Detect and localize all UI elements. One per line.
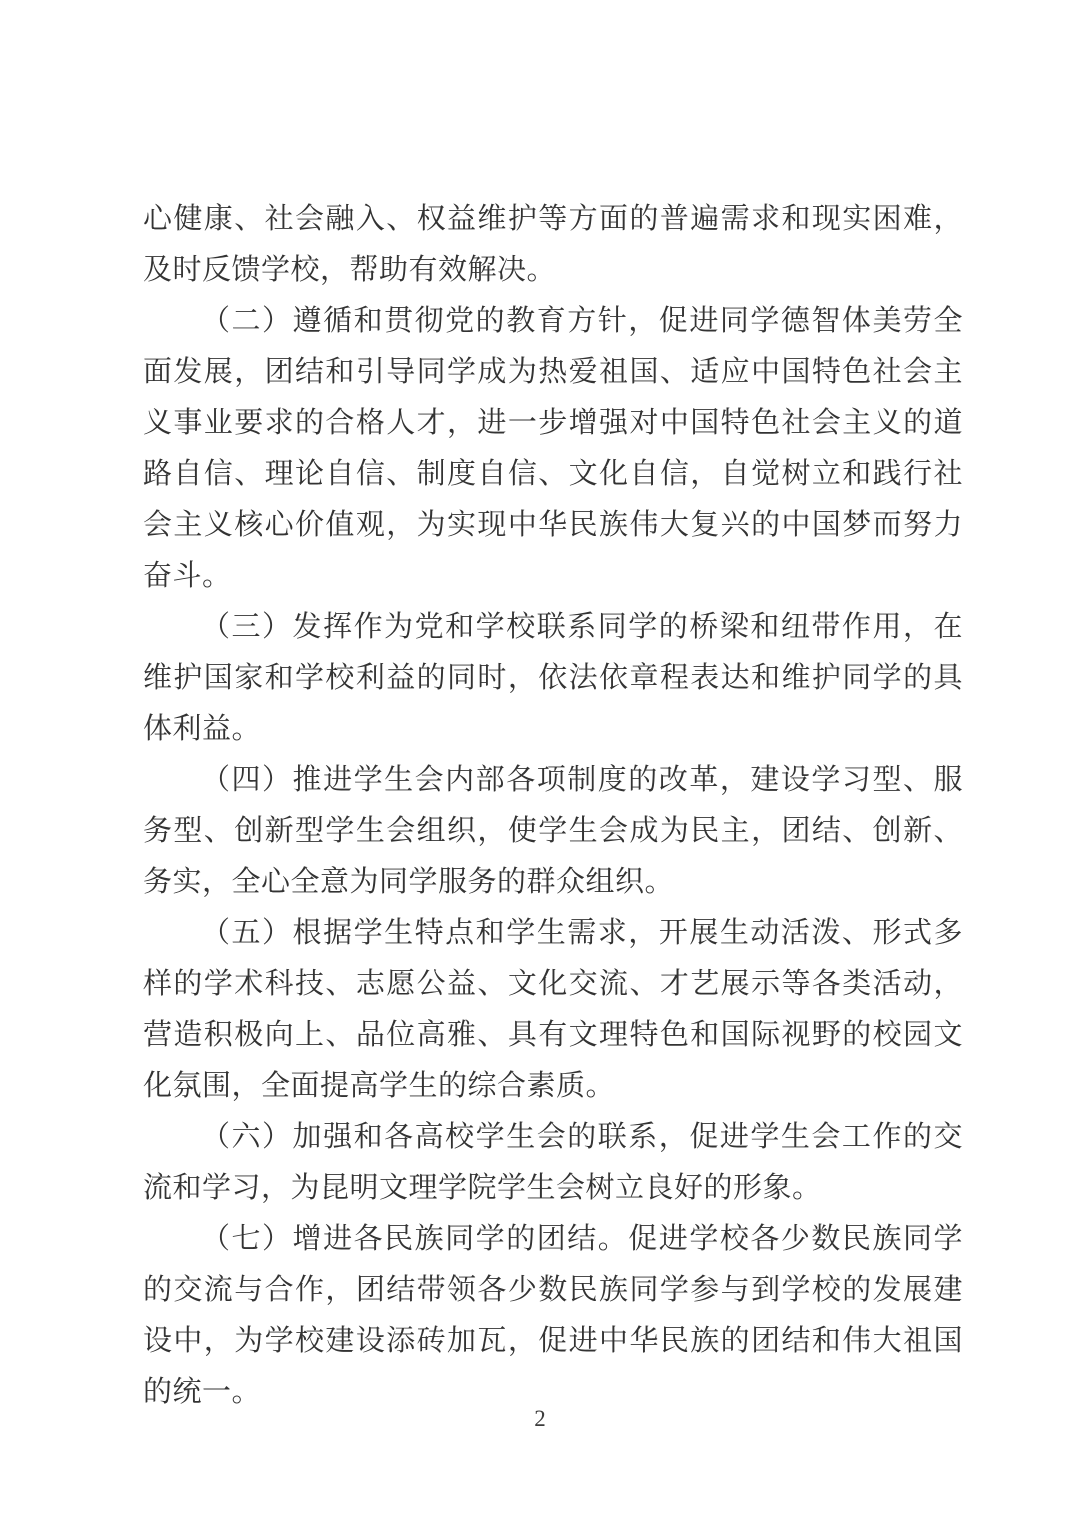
paragraph: （四）推进学生会内部各项制度的改革，建设学习型、服务型、创新型学生会组织，使学生…: [143, 755, 963, 908]
document-body: 心健康、社会融入、权益维护等方面的普遍需求和现实困难，及时反馈学校，帮助有效解决…: [143, 194, 963, 1418]
paragraph: （五）根据学生特点和学生需求，开展生动活泼、形式多样的学术科技、志愿公益、文化交…: [143, 908, 963, 1112]
paragraph: 心健康、社会融入、权益维护等方面的普遍需求和现实困难，及时反馈学校，帮助有效解决…: [143, 194, 963, 296]
document-page: 心健康、社会融入、权益维护等方面的普遍需求和现实困难，及时反馈学校，帮助有效解决…: [0, 0, 1080, 1527]
paragraph: （三）发挥作为党和学校联系同学的桥梁和纽带作用，在维护国家和学校利益的同时，依法…: [143, 602, 963, 755]
paragraph: （七）增进各民族同学的团结。促进学校各少数民族同学的交流与合作，团结带领各少数民…: [143, 1214, 963, 1418]
paragraph: （二）遵循和贯彻党的教育方针，促进同学德智体美劳全面发展，团结和引导同学成为热爱…: [143, 296, 963, 602]
paragraph: （六）加强和各高校学生会的联系，促进学生会工作的交流和学习，为昆明文理学院学生会…: [143, 1112, 963, 1214]
page-number: 2: [0, 1404, 1080, 1434]
